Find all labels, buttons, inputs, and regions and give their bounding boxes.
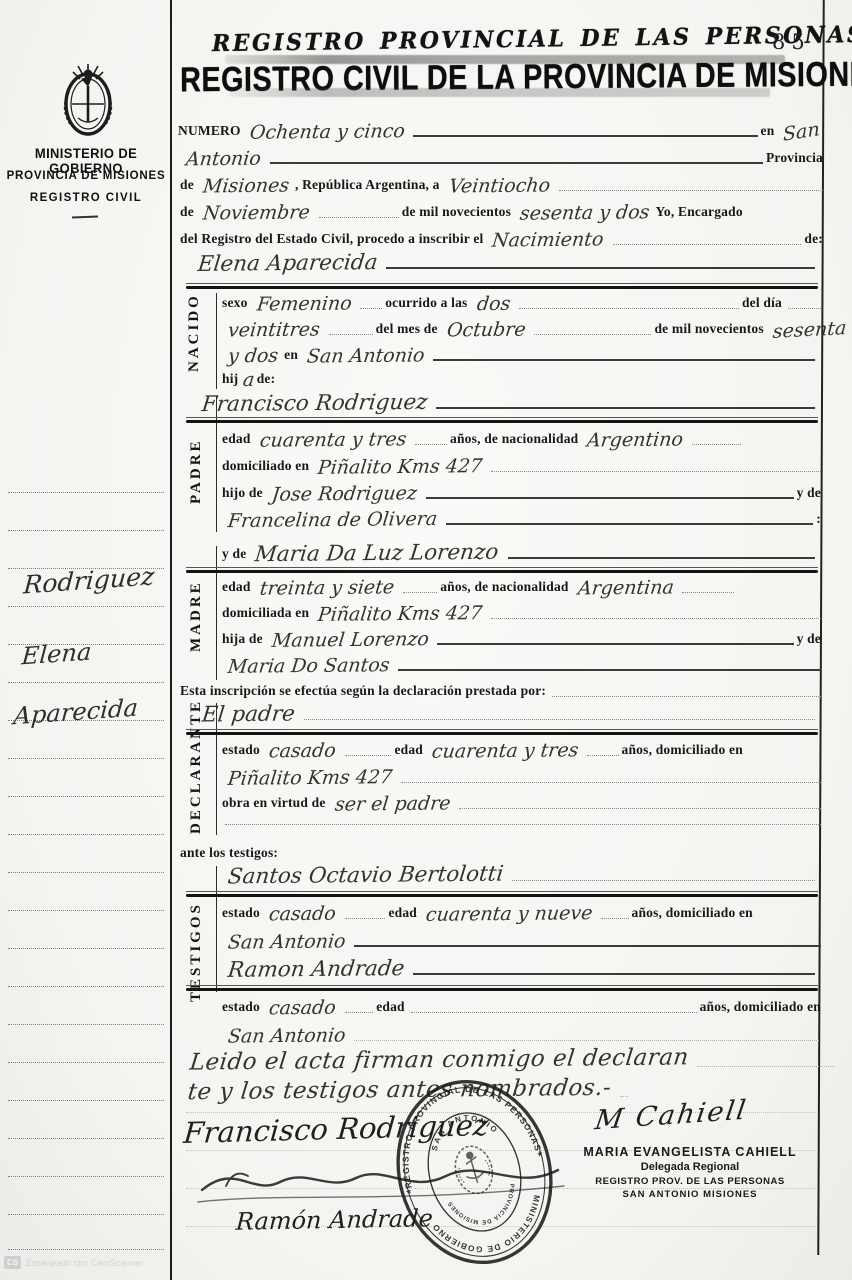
rule-filler (403, 592, 438, 593)
novecientos-label: de mil novecientos (402, 205, 514, 222)
en-label: en (761, 124, 778, 141)
stamp-inner-top-text: SAN ANTONIO (423, 1105, 502, 1154)
rule-filler (345, 1012, 374, 1013)
round-registry-stamp: REGISTRO PROVINCIAL DE LAS PERSONAS MINI… (392, 1072, 557, 1272)
official-signature: M Cahiell (593, 1095, 750, 1136)
rule-filler (620, 1096, 628, 1097)
margin-rule (8, 1176, 164, 1177)
rule-filler (360, 308, 382, 309)
birth-year-value-2: y dos (221, 348, 285, 366)
rule-filler (345, 918, 386, 919)
section-label-nacido: NACIDO (186, 292, 203, 372)
margin-rule (8, 758, 164, 759)
margin-rule (8, 1214, 164, 1215)
paternal-grandfather-value: Jose Rodriguez (265, 485, 424, 504)
estado-label: estado (222, 1000, 263, 1017)
maternal-grandmother-value: Maria Do Santos (221, 657, 397, 676)
colon-label: : (816, 512, 824, 529)
rule-filler (491, 471, 821, 472)
witnesses-intro-label: ante los testigos: (180, 846, 281, 863)
mother-mother-line: Maria Do Santos (222, 658, 824, 675)
official-place: SAN ANTONIO MISIONES (575, 1189, 805, 1200)
birth-place-line: y dos en San Antonio (222, 348, 818, 365)
rule-filler (788, 308, 821, 309)
witness1-name-value: Santos Octavio Bertolotti (221, 864, 511, 886)
section-bracket-nacido (216, 293, 217, 389)
declarant-value: El padre (195, 704, 302, 724)
father-age-line: edad cuarenta y tres años, de nacionalid… (222, 432, 824, 449)
witness2-name-value: Ramon Andrade (221, 959, 412, 980)
estado-label: estado (222, 906, 263, 923)
rule-filler (512, 880, 815, 881)
closing-text-1: Leido el acta firman conmigo el declaran (183, 1047, 696, 1073)
father-father-line: hijo de Jose Rodriguez y de (222, 486, 824, 503)
numero-label: NUMERO (178, 124, 244, 141)
section-label-padre: PADRE (188, 422, 205, 504)
del-mes-label: del mes de (376, 322, 441, 339)
estado-label: estado (222, 743, 263, 760)
birth-place-value: San Antonio (300, 347, 431, 365)
birth-day-value: veintitres (221, 321, 327, 339)
rule-filler (398, 669, 821, 671)
svg-text:PROVINCIA DE MISIONES: PROVINCIA DE MISIONES (446, 1182, 522, 1233)
heavy-divider (186, 567, 818, 573)
mother-nationality-value: Argentina (571, 579, 681, 597)
rule-filler (401, 782, 821, 783)
act-type-value: Nacimiento (485, 231, 610, 249)
father-address-line: domiciliado en Piñalito Kms 427 (222, 459, 824, 476)
rule-filler (587, 755, 618, 756)
margin-rule (8, 530, 164, 531)
edad-label: edad (222, 580, 254, 597)
rule-filler (613, 244, 802, 245)
hija-de-label: hija de (222, 632, 266, 649)
rule-filler (413, 973, 815, 975)
rule-filler (354, 945, 821, 947)
hij-label: hij (222, 372, 241, 389)
margin-rule (8, 872, 164, 873)
margin-rule (8, 492, 164, 493)
rule-filler (552, 696, 821, 697)
registration-day-value: Veintiocho (442, 177, 557, 195)
rule-filler (433, 359, 815, 361)
rule-filler (329, 334, 373, 335)
birth-certificate-page: MINISTERIO DE GOBIERNO PROVINCIA DE MISI… (0, 0, 852, 1280)
de-colon-label: de: (804, 232, 826, 249)
margin-rule (8, 1062, 164, 1063)
rule-filler (519, 308, 739, 309)
rule-filler (386, 267, 815, 269)
father-mother-line: Francelina de Olivera : (222, 512, 824, 529)
witness2-name-line: Ramon Andrade (222, 960, 818, 979)
heavy-divider (186, 283, 818, 289)
rule-filler (437, 643, 793, 645)
margin-note-middlename: Aparecida (13, 694, 139, 731)
birth-hour-value: dos (470, 296, 517, 314)
mother-name-value: Maria Da Luz Lorenzo (248, 543, 506, 565)
father-address-value: Piñalito Kms 427 (311, 458, 489, 477)
official-org: REGISTRO PROV. DE LAS PERSONAS (575, 1176, 805, 1187)
section-label-madre: MADRE (188, 570, 205, 652)
rule-filler (225, 824, 821, 825)
margin-rule (8, 1138, 164, 1139)
witness1-address-value: San Antonio (221, 933, 352, 951)
sex-value: Femenino (250, 295, 359, 313)
declarant-capacity-line: obra en virtud de ser el padre (222, 796, 824, 813)
born-name-line: Elena Aparecida (192, 254, 818, 273)
sex-hour-line: sexo Femenino ocurrido a las dos del día (222, 296, 824, 313)
numero-value: Ochenta y cinco (243, 123, 412, 142)
rule-filler (508, 557, 815, 559)
stamp-center-arms-icon (450, 1142, 498, 1198)
mother-address-value: Piñalito Kms 427 (311, 605, 489, 624)
novecientos-label: de mil novecientos (654, 322, 766, 339)
rule-filler (319, 217, 399, 218)
y-de-label: y de (222, 547, 249, 564)
child-of-line: hij a de: (222, 372, 278, 389)
form-line-numero: NUMERO Ochenta y cinco en San (178, 124, 826, 141)
rule-filler (415, 444, 447, 445)
hijo-de-label: hijo de (222, 486, 266, 503)
domiciliado-label: domiciliado en (222, 459, 312, 476)
mother-age-value: treinta y siete (253, 579, 401, 598)
yo-encargado-label: Yo, Encargado (655, 205, 745, 222)
y-de-label: y de (797, 486, 824, 503)
margin-note-firstname: Elena (21, 638, 93, 671)
scanner-logo: CS (4, 1256, 21, 1269)
witness1-status-line: estado casado edad cuarenta y nueve años… (222, 906, 824, 923)
mother-father-line: hija de Manuel Lorenzo y de (222, 632, 824, 649)
letterhead-office: REGISTRO CIVIL (4, 192, 168, 204)
declarant-status-value: casado (262, 743, 343, 761)
form-line-place: Antonio Provincia (180, 151, 826, 168)
official-role: Delegada Regional (575, 1161, 805, 1173)
declarant-age-value: cuarenta y tres (425, 742, 585, 761)
form-line-act: del Registro del Estado Civil, procedo a… (180, 232, 826, 249)
father-age-value: cuarenta y tres (253, 431, 413, 450)
del-dia-label: del día (742, 296, 785, 313)
witness1-status-value: casado (262, 906, 343, 924)
stamp-star-right: ★ (535, 1148, 544, 1159)
maternal-grandfather-value: Manuel Lorenzo (265, 631, 436, 650)
official-name: MARIA EVANGELISTA CAHIELL (575, 1145, 805, 1159)
rule-filler (534, 334, 651, 335)
declarant-capacity-value: ser el padre (327, 795, 457, 813)
de-label: de (180, 205, 197, 222)
domiciliado-label: años, domiciliado en (700, 1000, 824, 1017)
edad-label: edad (388, 906, 420, 923)
heavy-divider (186, 417, 818, 423)
declarant-address-line: Piñalito Kms 427 (222, 770, 824, 787)
paternal-grandmother-value: Francelina de Olivera (221, 511, 444, 530)
edad-label: edad (376, 1000, 408, 1017)
born-name-value: Elena Aparecida (191, 253, 385, 274)
declaration-intro-label: Esta inscripción se efectúa según la dec… (180, 684, 549, 701)
nacionalidad-label: años, de nacionalidad (440, 580, 571, 597)
margin-rule (8, 948, 164, 949)
witness2-address-line: San Antonio (222, 1028, 824, 1045)
closing-line-1: Leido el acta firman conmigo el declaran (184, 1050, 838, 1071)
de-label: de: (257, 372, 279, 389)
letterhead-province: PROVINCIA DE MISIONES (4, 170, 168, 182)
heavy-divider (186, 985, 818, 991)
letterhead-dash (72, 216, 98, 219)
edad-label: edad (222, 432, 254, 449)
empty-line (222, 824, 824, 829)
birth-month-value: Octubre (440, 322, 533, 340)
father-nationality-value: Argentino (580, 431, 690, 449)
de-label: de (180, 178, 197, 195)
declaration-intro-line: Esta inscripción se efectúa según la dec… (180, 684, 824, 701)
edad-label: edad (394, 743, 426, 760)
registration-year-value: sesenta y dos (513, 204, 656, 223)
page-number: 85 (772, 30, 811, 54)
mother-address-line: domiciliada en Piñalito Kms 427 (222, 606, 824, 623)
father-name-line: Francisco Rodriguez (196, 394, 818, 413)
ink-smudge (230, 88, 770, 97)
rule-filler (559, 190, 823, 191)
y-de-label: y de (797, 632, 824, 649)
margin-rule (8, 682, 164, 683)
margin-rule (8, 1024, 164, 1025)
margin-rule (8, 796, 164, 797)
domiciliado-label: años, domiciliado en (632, 906, 756, 923)
rule-filler (459, 808, 821, 809)
declarant-line: El padre (196, 705, 818, 724)
place-value-1: San (777, 120, 827, 144)
rule-filler (436, 407, 815, 409)
registration-month-value: Noviembre (196, 204, 317, 222)
mother-age-line: edad treinta y siete años, de nacionalid… (222, 580, 824, 597)
rule-filler (270, 162, 763, 164)
witness2-address-value: San Antonio (221, 1027, 352, 1045)
rule-filler (682, 592, 734, 593)
section-bracket-testigos (216, 866, 217, 992)
obra-label: obra en virtud de (222, 796, 329, 813)
rule-filler (491, 618, 821, 619)
rule-filler (697, 1066, 835, 1067)
rule-filler (426, 497, 794, 499)
witnesses-intro-line: ante los testigos: (180, 846, 281, 863)
rule-filler (692, 444, 740, 445)
declarant-address-value: Piñalito Kms 427 (221, 769, 399, 788)
form-line-date: de Noviembre de mil novecientos sesenta … (180, 205, 826, 222)
province-value: Misiones (196, 177, 296, 195)
margin-rule (8, 986, 164, 987)
heavy-divider (186, 891, 818, 897)
witness1-age-value: cuarenta y nueve (419, 905, 599, 924)
domiciliado-label: años, domiciliado en (622, 743, 746, 760)
hij-suffix-value: a (240, 372, 257, 389)
sexo-label: sexo (222, 296, 251, 313)
margin-rule (8, 1100, 164, 1101)
ocurrido-label: ocurrido a las (385, 296, 470, 313)
witness2-status-line: estado casado edad años, domiciliado en (222, 1000, 824, 1017)
rule-filler (446, 523, 813, 525)
inscribir-label: del Registro del Estado Civil, procedo a… (180, 232, 486, 249)
en-label: en (284, 348, 301, 365)
svg-text:SAN ANTONIO: SAN ANTONIO (423, 1105, 502, 1154)
heavy-divider (186, 729, 818, 735)
father-name-value: Francisco Rodriguez (195, 393, 435, 415)
witness1-address-line: San Antonio (222, 934, 824, 951)
rule-filler (304, 719, 815, 720)
place-value-2: Antonio (179, 151, 268, 169)
margin-rule (8, 606, 164, 607)
witness2-status-value: casado (262, 1000, 343, 1018)
birth-date-line: veintitres del mes de Octubre de mil nov… (222, 322, 852, 339)
margin-rule (8, 834, 164, 835)
mother-name-line: y de Maria Da Luz Lorenzo (222, 544, 818, 563)
witness1-name-line: Santos Octavio Bertolotti (222, 866, 818, 885)
birth-year-value-1: sesenta (766, 320, 852, 342)
left-column-divider (170, 0, 172, 1280)
argentina-coat-of-arms-icon (52, 52, 124, 144)
rule-filler (413, 135, 757, 137)
republica-label: , República Argentina, a (295, 178, 443, 195)
rule-filler (345, 755, 392, 756)
scanner-caption: Escaneado con CamScanner (26, 1258, 143, 1268)
margin-rule (8, 910, 164, 911)
official-stamp-block: MARIA EVANGELISTA CAHIELL Delegada Regio… (575, 1145, 805, 1200)
form-line-province: de Misiones , República Argentina, a Vei… (180, 178, 826, 195)
nacionalidad-label: años, de nacionalidad (450, 432, 581, 449)
domiciliada-label: domiciliada en (222, 606, 312, 623)
rule-filler (601, 918, 628, 919)
margin-rule (8, 1249, 164, 1250)
stamp-inner-bottom-text: PROVINCIA DE MISIONES (446, 1182, 522, 1233)
provincial-registry-stamp-title: REGISTRO PROVINCIAL DE LAS PERSONAS (212, 23, 757, 58)
scanner-watermark: CS Escaneado con CamScanner (4, 1256, 143, 1269)
declarant-status-line: estado casado edad cuarenta y tres años,… (222, 743, 824, 760)
rule-filler (354, 1040, 821, 1041)
rule-filler (411, 1012, 697, 1013)
provincia-label: Provincia (766, 151, 826, 168)
